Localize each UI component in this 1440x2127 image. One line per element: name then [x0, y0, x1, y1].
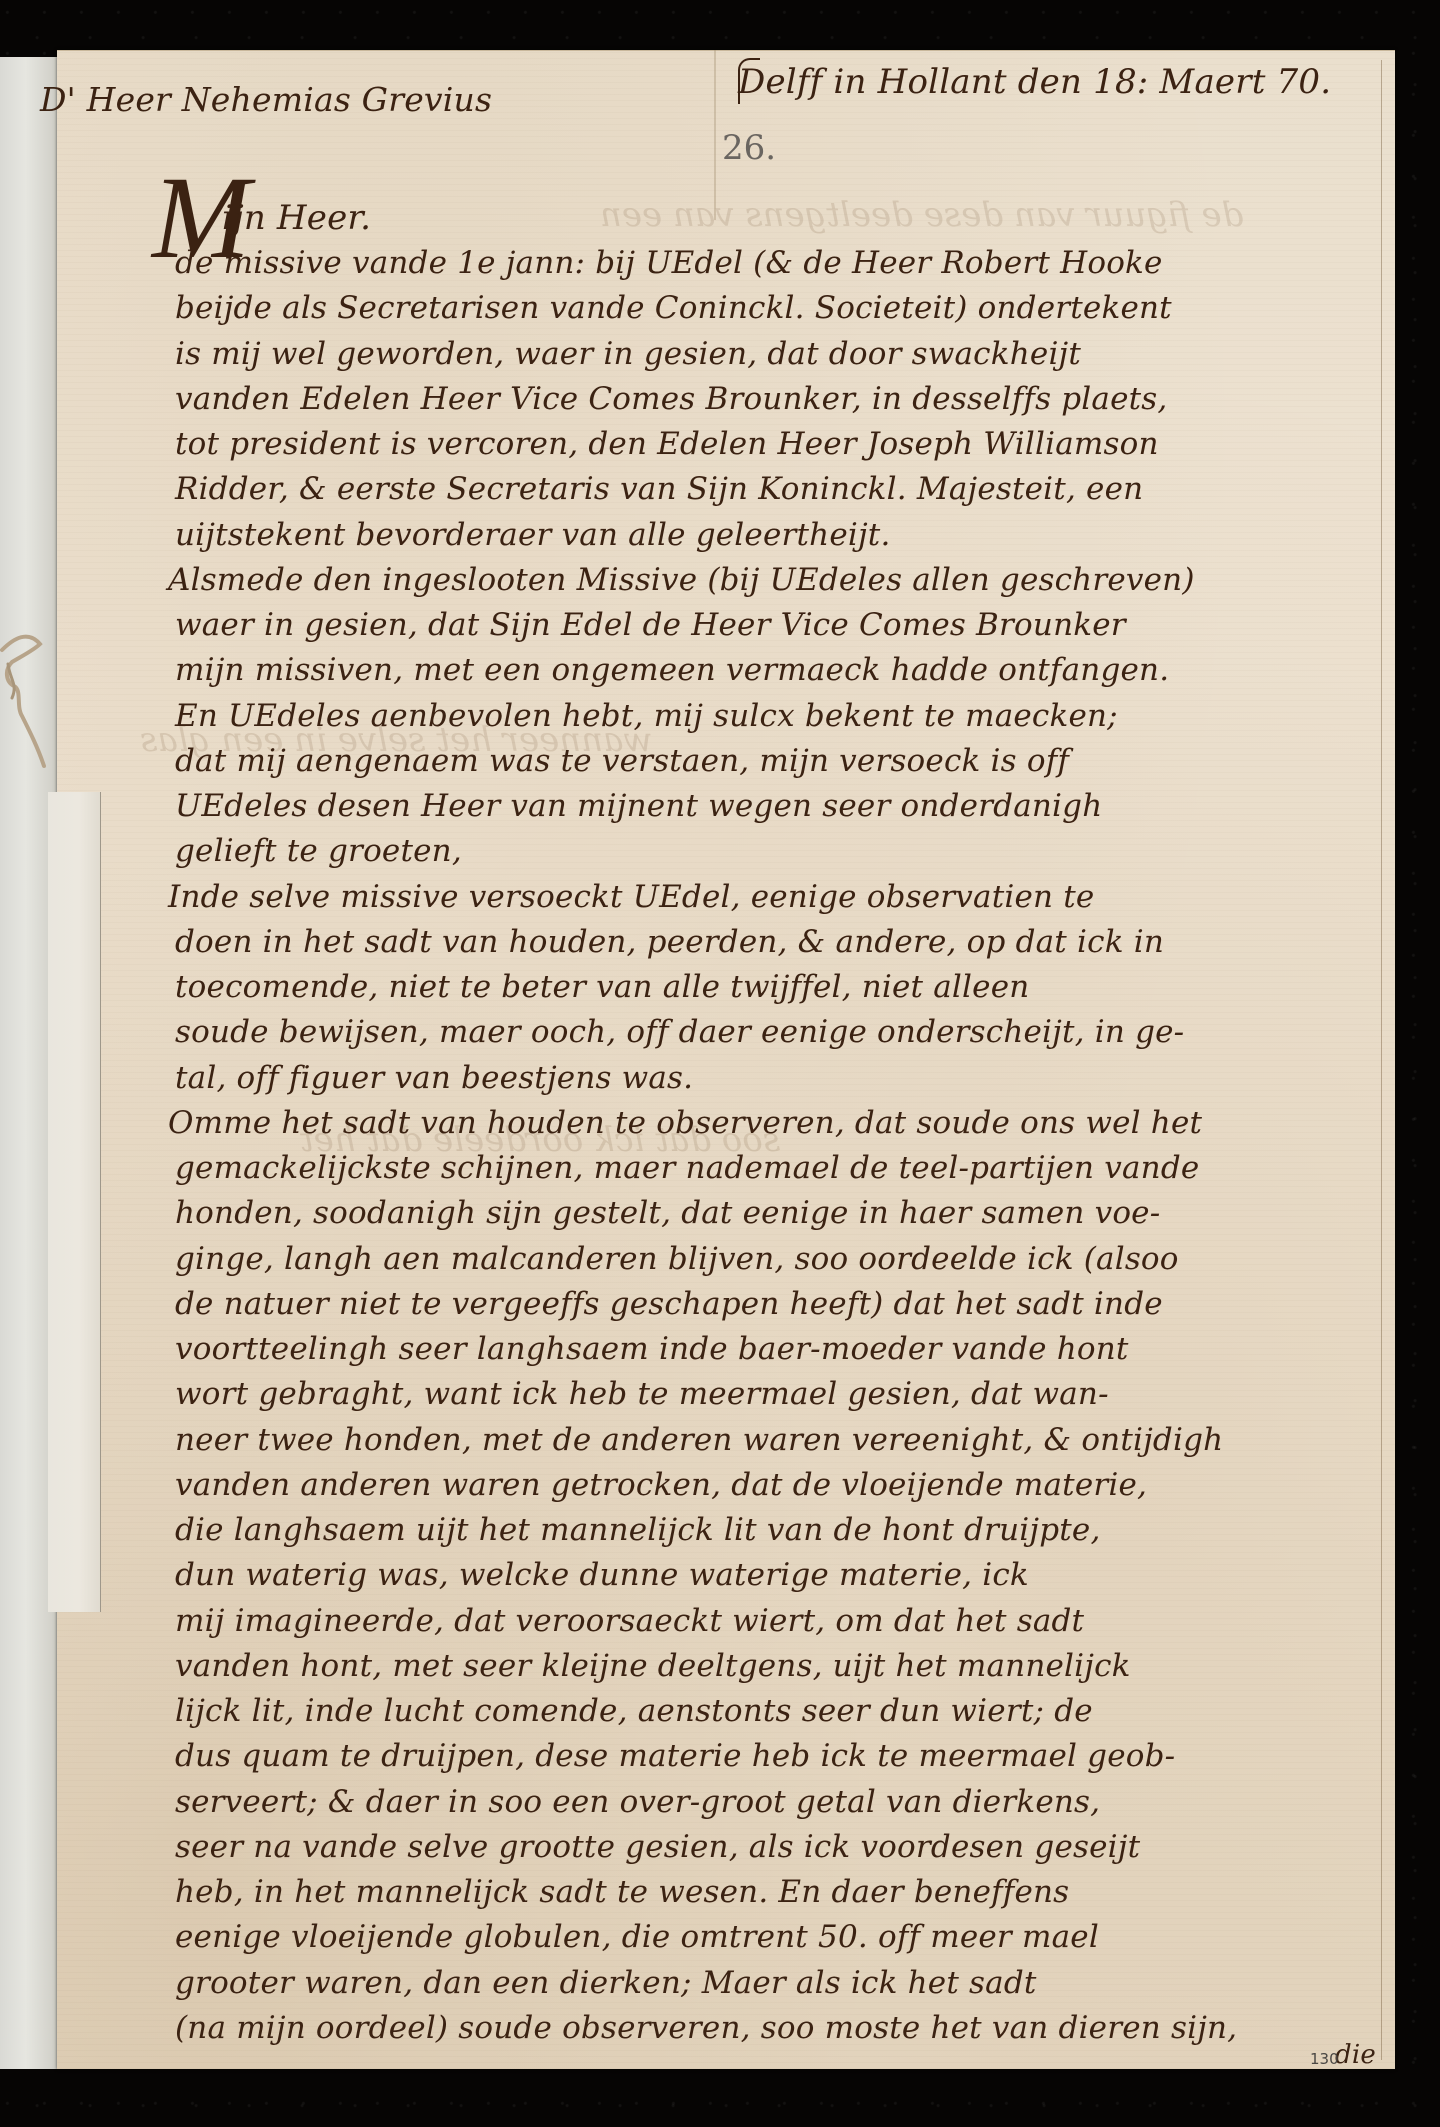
body-line: UEdeles desen Heer van mijnent wegen see…: [175, 788, 1102, 824]
body-line: uijtstekent bevorderaer van alle geleert…: [175, 517, 891, 553]
body-line: lijck lit, inde lucht comende, aenstonts…: [175, 1693, 1093, 1729]
body-line: eenige vloeijende globulen, die omtrent …: [175, 1919, 1099, 1955]
addressee: D' Heer Nehemias Grevius: [40, 80, 492, 119]
body-line: (na mijn oordeel) soude observeren, soo …: [175, 2010, 1237, 2046]
body-line: Ridder, & eerste Secretaris van Sijn Kon…: [175, 471, 1143, 507]
body-line: beijde als Secretarisen vande Coninckl. …: [175, 290, 1172, 326]
body-line: de missive vande 1e jann: bij UEdel (& d…: [175, 245, 1163, 281]
show-through-text: de figuur van dese deeltgens van een: [600, 195, 1243, 235]
page-number-pencil: 130: [1310, 2050, 1339, 2068]
body-line: voortteelingh seer langhsaem inde baer-m…: [175, 1331, 1129, 1367]
body-line: vanden Edelen Heer Vice Comes Brounker, …: [175, 381, 1167, 417]
body-line: honden, soodanigh sijn gestelt, dat eeni…: [175, 1195, 1160, 1231]
body-line: soude bewijsen, maer ooch, off daer eeni…: [175, 1014, 1184, 1050]
body-line: vanden anderen waren getrocken, dat de v…: [175, 1467, 1147, 1503]
body-line: Omme het sadt van houden te observeren, …: [168, 1105, 1202, 1141]
catchword: die: [1335, 2040, 1376, 2070]
body-line: mij imagineerde, dat veroorsaeckt wiert,…: [175, 1603, 1084, 1639]
body-line: Inde selve missive versoeckt UEdel, eeni…: [168, 879, 1094, 915]
dateline: Delff in Hollant den 18: Maert 70.: [738, 62, 1331, 102]
body-line: serveert; & daer in soo een over-groot g…: [175, 1784, 1100, 1820]
body-line: grooter waren, dan een dierken; Maer als…: [175, 1965, 1037, 2001]
salutation: ijn Heer.: [222, 198, 371, 238]
body-line: heb, in het mannelijck sadt te wesen. En…: [175, 1874, 1069, 1910]
paper-guard-strip: [48, 792, 101, 1612]
body-line: wort gebraght, want ick heb te meermael …: [175, 1376, 1109, 1412]
body-line: dus quam te druijpen, dese materie heb i…: [175, 1738, 1175, 1774]
folio-number-pencil: 26.: [722, 128, 776, 168]
body-line: de natuer niet te vergeeffs geschapen he…: [175, 1286, 1163, 1322]
body-line: vanden hont, met seer kleijne deeltgens,…: [175, 1648, 1131, 1684]
body-line: doen in het sadt van houden, peerden, & …: [175, 924, 1164, 960]
body-line: tot president is vercoren, den Edelen He…: [175, 426, 1159, 462]
body-line: is mij wel geworden, waer in gesien, dat…: [175, 336, 1081, 372]
body-line: toecomende, niet te beter van alle twijf…: [175, 969, 1029, 1005]
binding-string-icon: [0, 620, 60, 770]
body-line: En UEdeles aenbevolen hebt, mij sulcx be…: [175, 698, 1118, 734]
body-line: mijn missiven, met een ongemeen vermaeck…: [175, 652, 1169, 688]
body-line: ginge, langh aen malcanderen blijven, so…: [175, 1241, 1179, 1277]
body-line: gelieft te groeten,: [175, 833, 462, 869]
body-line: neer twee honden, met de anderen waren v…: [175, 1422, 1223, 1458]
body-line: tal, off figuer van beestjens was.: [175, 1060, 693, 1096]
body-line: seer na vande selve grootte gesien, als …: [175, 1829, 1140, 1865]
fold-crease-right: [1381, 60, 1382, 2060]
body-line: dat mij aengenaem was te verstaen, mijn …: [175, 743, 1069, 779]
body-line: gemackelijckste schijnen, maer nademael …: [175, 1150, 1199, 1186]
body-line: die langhsaem uijt het mannelijck lit va…: [175, 1512, 1101, 1548]
body-line: dun waterig was, welcke dunne waterige m…: [175, 1557, 1029, 1593]
body-line: waer in gesien, dat Sijn Edel de Heer Vi…: [175, 607, 1126, 643]
body-line: Alsmede den ingeslooten Missive (bij UEd…: [168, 562, 1195, 598]
